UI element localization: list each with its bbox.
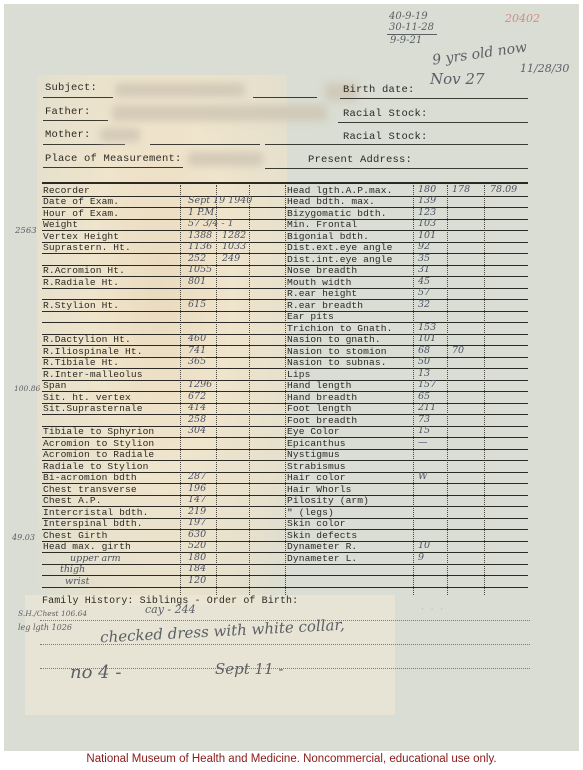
left-measure-label: R.Dactylion Ht. bbox=[43, 335, 131, 345]
right-measure-v1: 10 bbox=[418, 541, 430, 551]
right-measure-v1: 65 bbox=[418, 392, 430, 402]
record-number: 20402 bbox=[505, 12, 540, 25]
right-measure-label: Nose breadth bbox=[287, 266, 357, 276]
table-row bbox=[42, 415, 528, 427]
father-label: Father: bbox=[45, 106, 91, 118]
left-measure-label: R.Tibiale Ht. bbox=[43, 358, 119, 368]
margin-note-weight: 2563 bbox=[15, 226, 37, 236]
right-measure-label: Pilosity (arm) bbox=[287, 496, 369, 506]
left-measure-value: 460 bbox=[188, 334, 206, 344]
left-measure-value: 147 bbox=[188, 495, 206, 505]
footer-caption: National Museum of Health and Medicine. … bbox=[0, 753, 583, 765]
left-measure-label: R.Acromion Ht. bbox=[43, 266, 125, 276]
right-measure-label: Dynameter L. bbox=[287, 554, 357, 564]
right-measure-label: Dist.ext.eye angle bbox=[287, 243, 392, 253]
left-measure-value: Sept 19 1940 bbox=[188, 196, 252, 206]
left-measure-value: 1136 bbox=[188, 242, 212, 252]
left-measure-label: Weight bbox=[43, 220, 78, 230]
right-measure-v1: 139 bbox=[418, 196, 436, 206]
date-note: 11/28/30 bbox=[520, 62, 569, 75]
left-measure-label: Acromion to Stylion bbox=[43, 439, 154, 449]
right-measure-label: R.ear height bbox=[287, 289, 357, 299]
right-measure-v1: 57 bbox=[418, 288, 430, 298]
left-measure-value: 180 bbox=[188, 553, 206, 563]
margin-note-span: 100.86 bbox=[14, 384, 40, 393]
right-measure-v1: 153 bbox=[418, 323, 436, 333]
redacted-place bbox=[188, 152, 263, 166]
right-measure-label: Head bdth. max. bbox=[287, 197, 375, 207]
left-measure-label: Head max. girth bbox=[43, 542, 131, 552]
right-measure-v1: 92 bbox=[418, 242, 430, 252]
left-measure-value: 1296 bbox=[188, 380, 212, 390]
right-measure-label: Dist.int.eye angle bbox=[287, 255, 392, 265]
right-measure-v1: 103 bbox=[418, 219, 436, 229]
ghost-text-1: · · · bbox=[420, 605, 444, 614]
right-measure-label: Head lgth.A.P.max. bbox=[287, 186, 392, 196]
left-measure-label: R.Radiale Ht. bbox=[43, 278, 119, 288]
left-measure-label: Interspinal bdth. bbox=[43, 519, 143, 529]
left-measure-value: 197 bbox=[188, 518, 206, 528]
left-measure-value: 615 bbox=[188, 300, 206, 310]
right-measure-v1: 32 bbox=[418, 300, 430, 310]
right-measure-label: Epicanthus bbox=[287, 439, 346, 449]
redacted-father bbox=[112, 105, 327, 121]
right-measure-v1: 31 bbox=[418, 265, 430, 275]
right-measure-v1: W bbox=[418, 472, 428, 482]
left-measure-value: 801 bbox=[188, 277, 206, 287]
left-measure-value: 252 bbox=[188, 254, 206, 264]
left-measure-value: 741 bbox=[188, 346, 206, 356]
right-measure-label: Hand length bbox=[287, 381, 351, 391]
right-measure-label: Nasion to gnath. bbox=[287, 335, 381, 345]
right-measure-v1: 15 bbox=[418, 426, 430, 436]
left-measure-label: Sit. ht. vertex bbox=[43, 393, 131, 403]
right-measure-label: Trichion to Gnath. bbox=[287, 324, 392, 334]
left-measure-value-2: 249 bbox=[222, 254, 240, 264]
left-measure-label: thigh bbox=[60, 565, 85, 575]
right-measure-v1: 35 bbox=[418, 254, 430, 264]
right-measure-v1: — bbox=[418, 438, 428, 448]
right-measure-v1: 180 bbox=[418, 185, 436, 195]
right-measure-label: Ear pits bbox=[287, 312, 334, 322]
right-measure-v1: 68 bbox=[418, 346, 430, 356]
right-measure-v1: 101 bbox=[418, 231, 436, 241]
right-measure-label: Mouth width bbox=[287, 278, 351, 288]
birth-date-line bbox=[340, 98, 528, 99]
table-row bbox=[42, 220, 528, 232]
redacted-subject bbox=[115, 83, 245, 97]
right-measure-v1: 13 bbox=[418, 369, 430, 379]
left-measure-label: Tibiale to Sphyrion bbox=[43, 427, 154, 437]
left-measure-label: Radiale to Stylion bbox=[43, 462, 148, 472]
mother-racial-line bbox=[265, 144, 528, 145]
sit-chest-note: S.H./Chest 106.64 bbox=[18, 609, 87, 618]
right-measure-label: Skin color bbox=[287, 519, 346, 529]
margin-note-chest-girth: 49.03 bbox=[12, 533, 35, 542]
place-of-measurement-label: Place of Measurement: bbox=[45, 153, 182, 165]
table-row bbox=[42, 254, 528, 266]
left-measure-value: 520 bbox=[188, 541, 206, 551]
left-measure-label: Recorder bbox=[43, 186, 90, 196]
racial-stock-line-1 bbox=[338, 122, 528, 123]
right-measure-label: Nasion to stomion bbox=[287, 347, 387, 357]
left-measure-label: Vertex Height bbox=[43, 232, 119, 242]
table-row bbox=[42, 530, 528, 542]
father-underline bbox=[43, 120, 108, 121]
left-measure-value: 1055 bbox=[188, 265, 212, 275]
left-measure-value: 672 bbox=[188, 392, 206, 402]
birth-date-value: Nov 27 bbox=[430, 70, 485, 88]
right-measure-label: Nystigmus bbox=[287, 450, 340, 460]
mother-field-line bbox=[150, 144, 260, 145]
right-measure-label: R.ear breadth bbox=[287, 301, 363, 311]
racial-stock-label-2: Racial Stock: bbox=[343, 131, 428, 143]
left-measure-label: upper arm bbox=[70, 554, 121, 564]
right-measure-v1: 73 bbox=[418, 415, 430, 425]
right-measure-label: Bigonial bdth. bbox=[287, 232, 369, 242]
right-measure-label: Nasion to subnas. bbox=[287, 358, 387, 368]
right-measure-v1: 101 bbox=[418, 334, 436, 344]
left-measure-label: Span bbox=[43, 381, 66, 391]
right-measure-v1: 45 bbox=[418, 277, 430, 287]
left-measure-value: 184 bbox=[188, 564, 206, 574]
left-measure-label: R.Iliospinale Ht. bbox=[43, 347, 143, 357]
table-row bbox=[42, 323, 528, 335]
subject-field-line bbox=[253, 97, 317, 98]
left-measure-value: 630 bbox=[188, 530, 206, 540]
left-measure-label: Chest Girth bbox=[43, 531, 107, 541]
left-measure-value: 287 bbox=[188, 472, 206, 482]
left-measure-value: 365 bbox=[188, 357, 206, 367]
right-measure-label: Hair color bbox=[287, 473, 346, 483]
present-address-label: Present Address: bbox=[308, 154, 412, 166]
subject-label: Subject: bbox=[45, 82, 97, 94]
left-measure-value: 1 P.M. bbox=[188, 208, 217, 218]
right-measure-label: Hair Whorls bbox=[287, 485, 351, 495]
left-measure-label: wrist bbox=[65, 577, 89, 587]
right-measure-label: Bizygomatic bdth. bbox=[287, 209, 387, 219]
right-measure-label: Hand breadth bbox=[287, 393, 357, 403]
left-measure-value: 219 bbox=[188, 507, 206, 517]
left-measure-label: R.Stylion Ht. bbox=[43, 301, 119, 311]
racial-stock-label-1: Racial Stock: bbox=[343, 108, 428, 120]
left-measure-label: Acromion to Radiale bbox=[43, 450, 154, 460]
left-measure-label: Date of Exam. bbox=[43, 197, 119, 207]
table-row bbox=[42, 565, 528, 577]
mother-label: Mother: bbox=[45, 129, 91, 141]
left-measure-value: 414 bbox=[188, 403, 206, 413]
right-measure-v1: 50 bbox=[418, 357, 430, 367]
annotation-date-3: 9-9-21 bbox=[390, 35, 422, 46]
right-measure-v2: 70 bbox=[452, 346, 464, 356]
right-measure-v1: 9 bbox=[418, 553, 424, 563]
right-measure-label: Foot breadth bbox=[287, 416, 357, 426]
place-underline bbox=[43, 167, 183, 168]
leg-length-note: leg lgth 1026 bbox=[18, 623, 72, 632]
right-measure-v2: 178 bbox=[452, 185, 470, 195]
family-note-3a: no 4 - bbox=[70, 662, 121, 683]
left-measure-value: 304 bbox=[188, 426, 206, 436]
left-measure-label: Suprastern. Ht. bbox=[43, 243, 131, 253]
annotation-date-2: 30-11-28 bbox=[389, 22, 434, 33]
right-measure-label: " (legs) bbox=[287, 508, 334, 518]
present-address-line bbox=[265, 168, 528, 169]
birth-date-label: Birth date: bbox=[343, 84, 415, 96]
right-measure-label: Lips bbox=[287, 370, 310, 380]
right-measure-v1: 211 bbox=[418, 403, 436, 413]
table-row bbox=[42, 312, 528, 324]
left-measure-label: Hour of Exam. bbox=[43, 209, 119, 219]
table-row bbox=[42, 381, 528, 393]
table-row bbox=[42, 289, 528, 301]
right-measure-label: Strabismus bbox=[287, 462, 346, 472]
right-measure-label: Skin defects bbox=[287, 531, 357, 541]
subject-underline bbox=[43, 97, 113, 98]
left-measure-value: 196 bbox=[188, 484, 206, 494]
left-measure-value-2: 1282 bbox=[222, 231, 246, 241]
right-measure-label: Foot length bbox=[287, 404, 351, 414]
left-measure-label: Bi-acromion bdth bbox=[43, 473, 137, 483]
left-measure-value: 57 3/4 - 1 bbox=[188, 219, 234, 229]
right-measure-v3: 78.09 bbox=[490, 185, 517, 195]
table-row bbox=[42, 496, 528, 508]
family-note-1: cay - 244 bbox=[145, 603, 196, 616]
right-measure-v1: 123 bbox=[418, 208, 436, 218]
right-measure-v1: 157 bbox=[418, 380, 436, 390]
right-measure-label: Dynameter R. bbox=[287, 542, 357, 552]
table-row bbox=[42, 576, 528, 588]
left-measure-value-2: 1033 bbox=[222, 242, 246, 252]
annotation-date-1: 40-9-19 bbox=[389, 11, 428, 22]
left-measure-label: Chest transverse bbox=[43, 485, 137, 495]
left-measure-label: Intercristal bdth. bbox=[43, 508, 148, 518]
right-measure-label: Min. Frontal bbox=[287, 220, 357, 230]
left-measure-value: 1388 bbox=[188, 231, 212, 241]
left-measure-label: Chest A.P. bbox=[43, 496, 102, 506]
left-measure-value: 120 bbox=[188, 576, 206, 586]
left-measure-label: Sit.Suprasternale bbox=[43, 404, 143, 414]
mother-underline bbox=[43, 144, 125, 145]
left-measure-value: 258 bbox=[188, 415, 206, 425]
right-measure-label: Eye Color bbox=[287, 427, 340, 437]
family-note-3b: Sept 11 - bbox=[215, 660, 283, 678]
redacted-mother bbox=[100, 128, 140, 142]
left-measure-label: R.Inter-malleolus bbox=[43, 370, 143, 380]
